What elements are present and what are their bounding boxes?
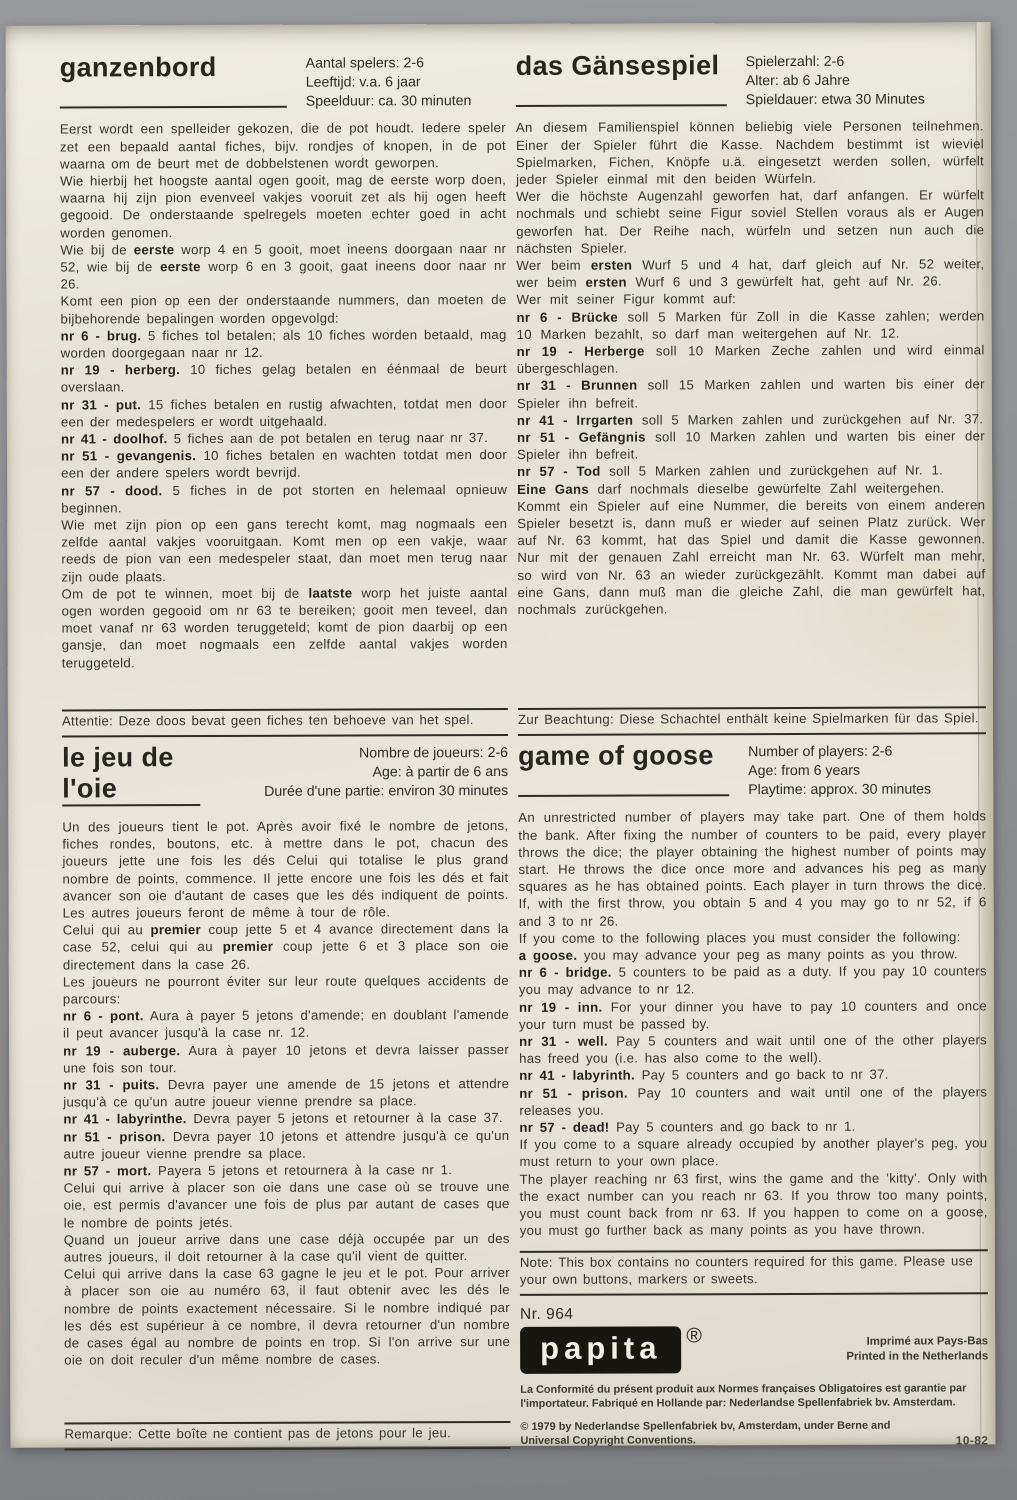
paragraph: nr 41 - doolhof. 5 fiches aan de pot bet… <box>61 429 507 448</box>
paragraph: nr 41 - labyrinth. Pay 5 counters and go… <box>519 1066 987 1085</box>
french-title: le jeu de l'oie <box>62 742 204 804</box>
paragraph: Quand un joueur arrive dans une case déj… <box>64 1230 510 1266</box>
info-line: Spielerzahl: 2-6 <box>746 52 984 72</box>
info-line: Speelduur: ca. 30 minuten <box>306 92 506 111</box>
info-line: Playtime: approx. 30 minutes <box>748 780 986 800</box>
paragraph: nr 31 - puits. Devra payer une amende de… <box>63 1075 509 1111</box>
copyright-text: © 1979 by Nederlandse Spellenfabriek bv,… <box>520 1419 955 1448</box>
english-note: Note: This box contains no counters requ… <box>520 1250 988 1296</box>
info-line: Number of players: 2-6 <box>748 742 986 762</box>
paragraph: Celui qui arrive dans la case 63 gagne l… <box>64 1264 510 1369</box>
dutch-note: Attentie: Deze doos bevat geen fiches te… <box>62 708 508 737</box>
german-header: das Gänsespiel Spielerzahl: 2-6 Alter: a… <box>516 52 984 110</box>
english-header: game of goose Number of players: 2-6 Age… <box>518 742 986 800</box>
paragraph: nr 57 - mort. Payera 5 jetons et retourn… <box>63 1161 509 1180</box>
paragraph: nr 57 - dood. 5 fiches in de pot storten… <box>61 481 507 517</box>
paragraph: nr 57 - dead! Pay 5 counters and go back… <box>519 1117 987 1136</box>
papita-logo: papita <box>520 1326 681 1374</box>
legal-text: La Conformité du présent produit aux Nor… <box>520 1382 983 1411</box>
paragraph: nr 51 - Gefängnis soll 10 Marken zahlen … <box>517 427 985 463</box>
right-column: das Gänsespiel Spielerzahl: 2-6 Alter: a… <box>516 52 989 1448</box>
info-line: Durée d'une partie: environ 30 minutes <box>216 782 508 802</box>
paragraph: nr 51 - gevangenis. 10 fiches betalen en… <box>61 446 507 482</box>
paragraph: nr 6 - bridge. 5 counters to be paid as … <box>519 963 987 999</box>
info-line: Alter: ab 6 Jahre <box>746 71 984 91</box>
french-title-rule <box>62 804 200 806</box>
french-note: Remarque: Cette boîte ne contient pas de… <box>64 1421 510 1450</box>
paragraph: Wie met zijn pion op een gans terecht ko… <box>61 515 507 585</box>
paragraph: Celui qui arrive à placer son oie dans u… <box>64 1178 510 1231</box>
dutch-title-rule <box>60 106 287 109</box>
paragraph: Kommt ein Spieler auf eine Nummer, die b… <box>517 496 985 618</box>
printed-in: Imprimé aux Pays-Bas Printed in the Neth… <box>846 1325 988 1364</box>
info-line: Age: from 6 years <box>748 761 986 781</box>
paragraph: An unrestricted number of players may ta… <box>518 808 986 930</box>
paragraph: Komt een pion op een der onderstaande nu… <box>60 291 506 327</box>
paragraph: nr 41 - Irrgarten soll 5 Marken zahlen u… <box>517 410 985 429</box>
paragraph: If you come to the following places you … <box>519 928 987 947</box>
paragraph: nr 19 - auberge. Aura à payer 10 jetons … <box>63 1041 509 1077</box>
paragraph: nr 51 - prison. Pay 10 counters and wait… <box>519 1083 987 1119</box>
registered-trademark-icon: ® <box>686 1324 702 1348</box>
paragraph: Eine Gans darf nochmals dieselbe gewürfe… <box>517 479 985 498</box>
paragraph: nr 57 - Tod soll 5 Marken zahlen und zur… <box>517 462 985 481</box>
section-de-paragraphs: An diesem Familienspiel können beliebig … <box>516 118 986 619</box>
paragraph: nr 6 - brug. 5 fiches tol betalen; als 1… <box>61 326 507 362</box>
paragraph: a goose. you may advance your peg as man… <box>519 945 987 964</box>
english-info: Number of players: 2-6 Age: from 6 years… <box>748 742 986 799</box>
left-column: ganzenbord Aantal spelers: 2-6 Leeftijd:… <box>60 54 511 1450</box>
german-title-rule <box>516 105 727 108</box>
paragraph: Wie bij de eerste worp 4 en 5 gooit, moe… <box>60 240 506 293</box>
paragraph: nr 31 - Brunnen soll 15 Marken zahlen un… <box>517 376 985 412</box>
paragraph: An diesem Familienspiel können beliebig … <box>516 118 984 188</box>
paragraph: Eerst wordt een spelleider gekozen, die … <box>60 119 506 172</box>
french-header: le jeu de l'oie Nombre de joueurs: 2-6 A… <box>62 744 508 810</box>
german-note: Zur Beachtung: Diese Schachtel enthält k… <box>518 707 986 736</box>
paragraph: nr 41 - labyrinthe. Devra payer 5 jetons… <box>63 1109 509 1128</box>
printed-line-fr: Imprimé aux Pays-Bas <box>846 1334 988 1349</box>
printed-line-en: Printed in the Netherlands <box>846 1349 988 1364</box>
paragraph: nr 19 - herberg. 10 fiches gelag betalen… <box>61 360 507 396</box>
dutch-title: ganzenbord <box>60 52 294 84</box>
german-info: Spielerzahl: 2-6 Alter: ab 6 Jahre Spiel… <box>746 52 984 109</box>
footer: Nr. 964 papita ® Imprimé aux Pays-Bas Pr… <box>520 1300 989 1448</box>
paragraph: The player reaching nr 63 first, wins th… <box>520 1169 988 1239</box>
dutch-header: ganzenbord Aantal spelers: 2-6 Leeftijd:… <box>60 54 506 112</box>
info-line: Leeftijd: v.a. 6 jaar <box>306 73 506 92</box>
english-title-rule <box>518 795 729 798</box>
rules-content: ganzenbord Aantal spelers: 2-6 Leeftijd:… <box>60 52 989 1431</box>
paragraph: nr 31 - well. Pay 5 counters and wait un… <box>519 1031 987 1067</box>
section-dutch: ganzenbord Aantal spelers: 2-6 Leeftijd:… <box>60 54 508 738</box>
info-line: Age: à partir de 6 ans <box>216 763 508 783</box>
paragraph: nr 51 - prison. Devra payer 10 jetons et… <box>63 1127 509 1163</box>
product-number: Nr. 964 <box>520 1304 988 1324</box>
paragraph: If you come to a square already occupied… <box>519 1135 987 1171</box>
info-line: Nombre de joueurs: 2-6 <box>216 744 508 764</box>
section-nl-paragraphs: Eerst wordt een spelleider gekozen, die … <box>60 119 508 671</box>
section-french: le jeu de l'oie Nombre de joueurs: 2-6 A… <box>62 736 510 1450</box>
paragraph: Wer beim ersten Wurf 5 und 4 hat, darf g… <box>516 255 984 291</box>
paragraph: nr 19 - Herberge soll 10 Marken Zeche za… <box>517 341 985 377</box>
section-fr-paragraphs: Un des joueurs tient le pot. Après avoir… <box>62 817 510 1369</box>
section-en-paragraphs: An unrestricted number of players may ta… <box>518 808 987 1240</box>
info-line: Spieldauer: etwa 30 Minutes <box>746 90 984 110</box>
paragraph: Un des joueurs tient le pot. Après avoir… <box>62 817 508 922</box>
dutch-info: Aantal spelers: 2-6 Leeftijd: v.a. 6 jaa… <box>306 54 506 111</box>
paragraph: Celui qui au premier coup jette 5 et 4 a… <box>63 920 509 973</box>
french-info: Nombre de joueurs: 2-6 Age: à partir de … <box>216 744 508 809</box>
paragraph: Wie hierbij het hoogste aantal ogen gooi… <box>60 171 506 241</box>
paragraph: nr 31 - put. 15 fiches betalen en rustig… <box>61 395 507 431</box>
info-line: Aantal spelers: 2-6 <box>306 54 506 73</box>
print-code: 10-82 <box>956 1433 989 1447</box>
section-english: game of goose Number of players: 2-6 Age… <box>518 734 988 1296</box>
paragraph: nr 6 - pont. Aura à payer 5 jetons d'ame… <box>63 1006 509 1042</box>
paragraph: nr 19 - inn. For your dinner you have to… <box>519 997 987 1033</box>
paragraph: Wer die höchste Augenzahl geworfen hat, … <box>516 187 984 257</box>
paragraph: Les joueurs ne pourront éviter sur leur … <box>63 972 509 1008</box>
paragraph: nr 6 - Brücke soll 5 Marken für Zoll in … <box>517 307 985 343</box>
paragraph: Om de pot te winnen, moet bij de laatste… <box>61 584 507 672</box>
paragraph: Wer mit seiner Figur kommt auf: <box>516 290 984 309</box>
english-title: game of goose <box>518 740 736 772</box>
section-german: das Gänsespiel Spielerzahl: 2-6 Alter: a… <box>516 52 986 736</box>
game-box-back: ganzenbord Aantal spelers: 2-6 Leeftijd:… <box>6 22 996 1447</box>
german-title: das Gänsespiel <box>516 50 734 82</box>
photo-background: { "colors":{"background":"#8e9094","pape… <box>0 0 1017 1500</box>
